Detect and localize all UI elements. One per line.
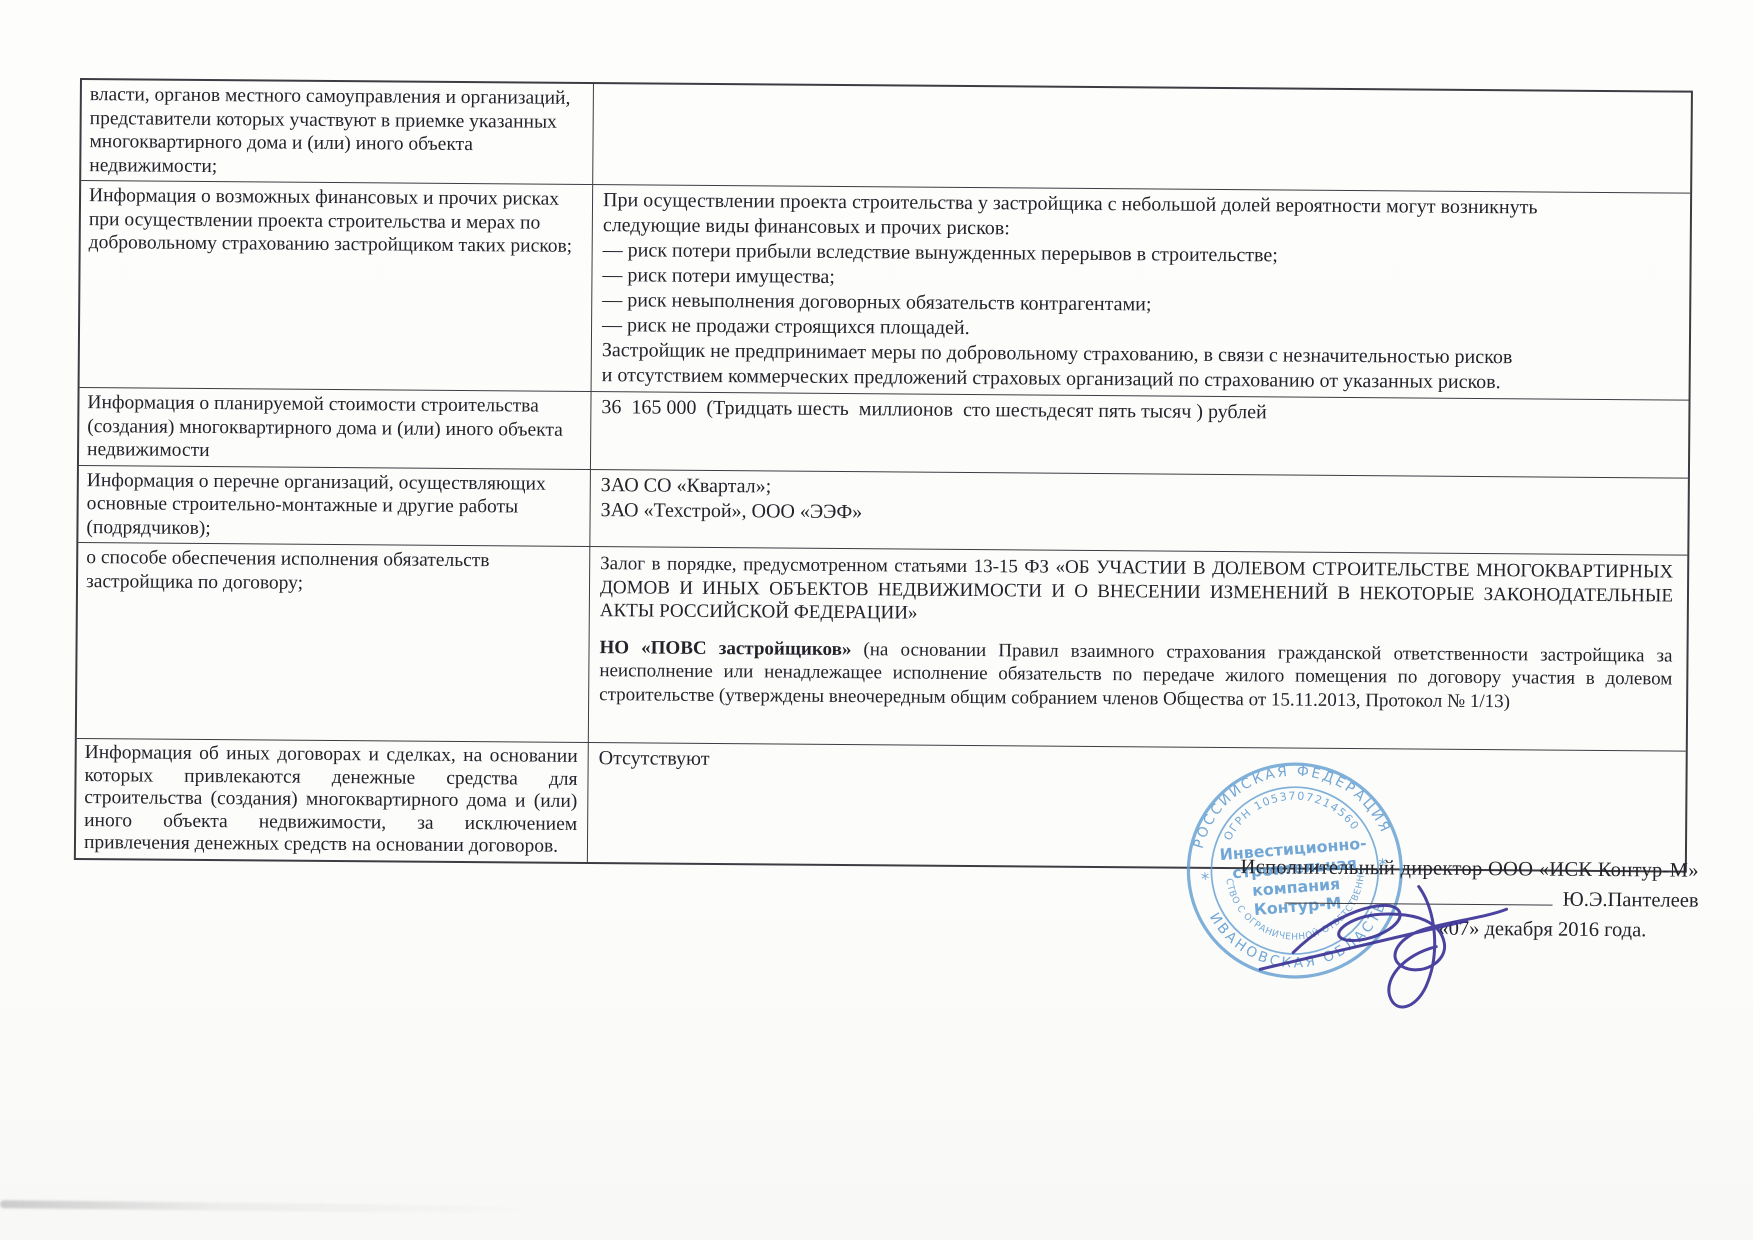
scan-artifact xyxy=(0,1200,540,1214)
table-row: о способе обеспечения исполнения обязате… xyxy=(77,543,1687,752)
table-row: Информация о планируемой стоимости строи… xyxy=(79,388,1689,478)
insurance-paragraph-lead: НО «ПОВС застройщиков» xyxy=(599,637,851,660)
row-value xyxy=(593,84,1691,193)
row-value: Отсутствуют xyxy=(588,743,1686,870)
row-value: 36 165 000 (Тридцать шесть миллионов сто… xyxy=(591,392,1689,477)
row-label: Информация о планируемой стоимости строи… xyxy=(79,388,592,469)
row-label: о способе обеспечения исполнения обязате… xyxy=(77,543,591,742)
table-row: власти, органов местного самоуправления … xyxy=(81,80,1691,194)
signatory-name: Ю.Э.Пантелеев xyxy=(1563,889,1699,912)
row-label: Информация об иных договорах и сделках, … xyxy=(76,739,589,862)
row-label: Информация о перечне организаций, осущес… xyxy=(78,466,591,547)
table-row: Информация об иных договорах и сделках, … xyxy=(76,739,1686,870)
document-body: власти, органов местного самоуправления … xyxy=(74,78,1693,872)
scanned-page: власти, органов местного самоуправления … xyxy=(0,0,1753,1240)
table-row: Информация о возможных финансовых и проч… xyxy=(80,181,1691,401)
row-value: Залог в порядке, предусмотренном статьям… xyxy=(589,547,1687,751)
row-value: ЗАО СО «Квартал»; ЗАО «Техстрой», ООО «Э… xyxy=(590,470,1688,555)
declaration-table: власти, органов местного самоуправления … xyxy=(74,78,1693,872)
row-label: власти, органов местного самоуправления … xyxy=(81,80,594,184)
table-row: Информация о перечне организаций, осущес… xyxy=(78,466,1688,556)
row-label: Информация о возможных финансовых и проч… xyxy=(80,181,594,391)
row-value: При осуществлении проекта строительства … xyxy=(592,185,1691,400)
handwritten-signature xyxy=(1257,857,1519,1059)
insurance-paragraph: НО «ПОВС застройщиков» (на основании Пра… xyxy=(599,636,1673,715)
pledge-paragraph: Залог в порядке, предусмотренном статьям… xyxy=(600,552,1674,631)
